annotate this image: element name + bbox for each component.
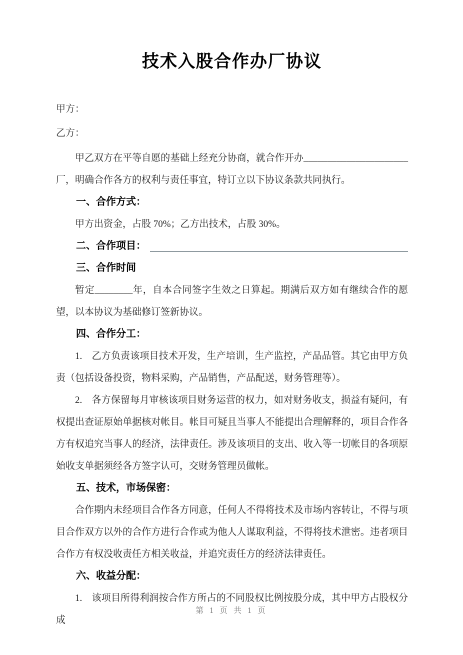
- party-a-line: 甲方：: [56, 98, 408, 122]
- intro-paragraph: 甲乙双方在平等自愿的基础上经充分协商，就合作开办________________…: [56, 148, 408, 192]
- section-5-heading: 五、技术，市场保密：: [76, 478, 408, 500]
- page-number-footer: 第 1 页 共 1 页: [0, 604, 463, 618]
- party-block: 甲方： 乙方：: [56, 98, 408, 146]
- section-4-item-1: 1. 乙方负责该项目技术开发，生产培训，生产监控，产品品管。其它由甲方负责（包括…: [56, 346, 408, 390]
- section-1-heading: 一、合作方式：: [76, 192, 408, 214]
- section-2-heading-row: 二、合作项目：: [56, 236, 408, 258]
- section-5-body: 合作期内未经项目合作各方同意，任何人不得将技术及市场内容转让，不得与项目合作双方…: [56, 500, 408, 566]
- party-b-line: 乙方：: [56, 122, 408, 146]
- section-3-heading: 三、合作时间: [76, 258, 408, 280]
- section-4-heading: 四、合作分工：: [76, 324, 408, 346]
- blank-fill-line: [150, 236, 408, 252]
- section-2-heading: 二、合作项目：: [76, 236, 146, 258]
- document-page: 技术入股合作办厂协议 甲方： 乙方： 甲乙双方在平等自愿的基础上经充分协商，就合…: [0, 0, 463, 655]
- section-1-body: 甲方出资金，占股 70%；乙方出技术，占股 30%。: [56, 214, 408, 236]
- section-4-item-2: 2. 各方保留每月审核该项目财务运营的权力，如对财务收支，损益有疑问，有权提出查…: [56, 390, 408, 478]
- section-3-body: 暂定________年，自本合同签字生效之日算起。期满后双方如有继续合作的愿望，…: [56, 280, 408, 324]
- document-title: 技术入股合作办厂协议: [56, 50, 408, 74]
- section-6-heading: 六、收益分配：: [76, 566, 408, 588]
